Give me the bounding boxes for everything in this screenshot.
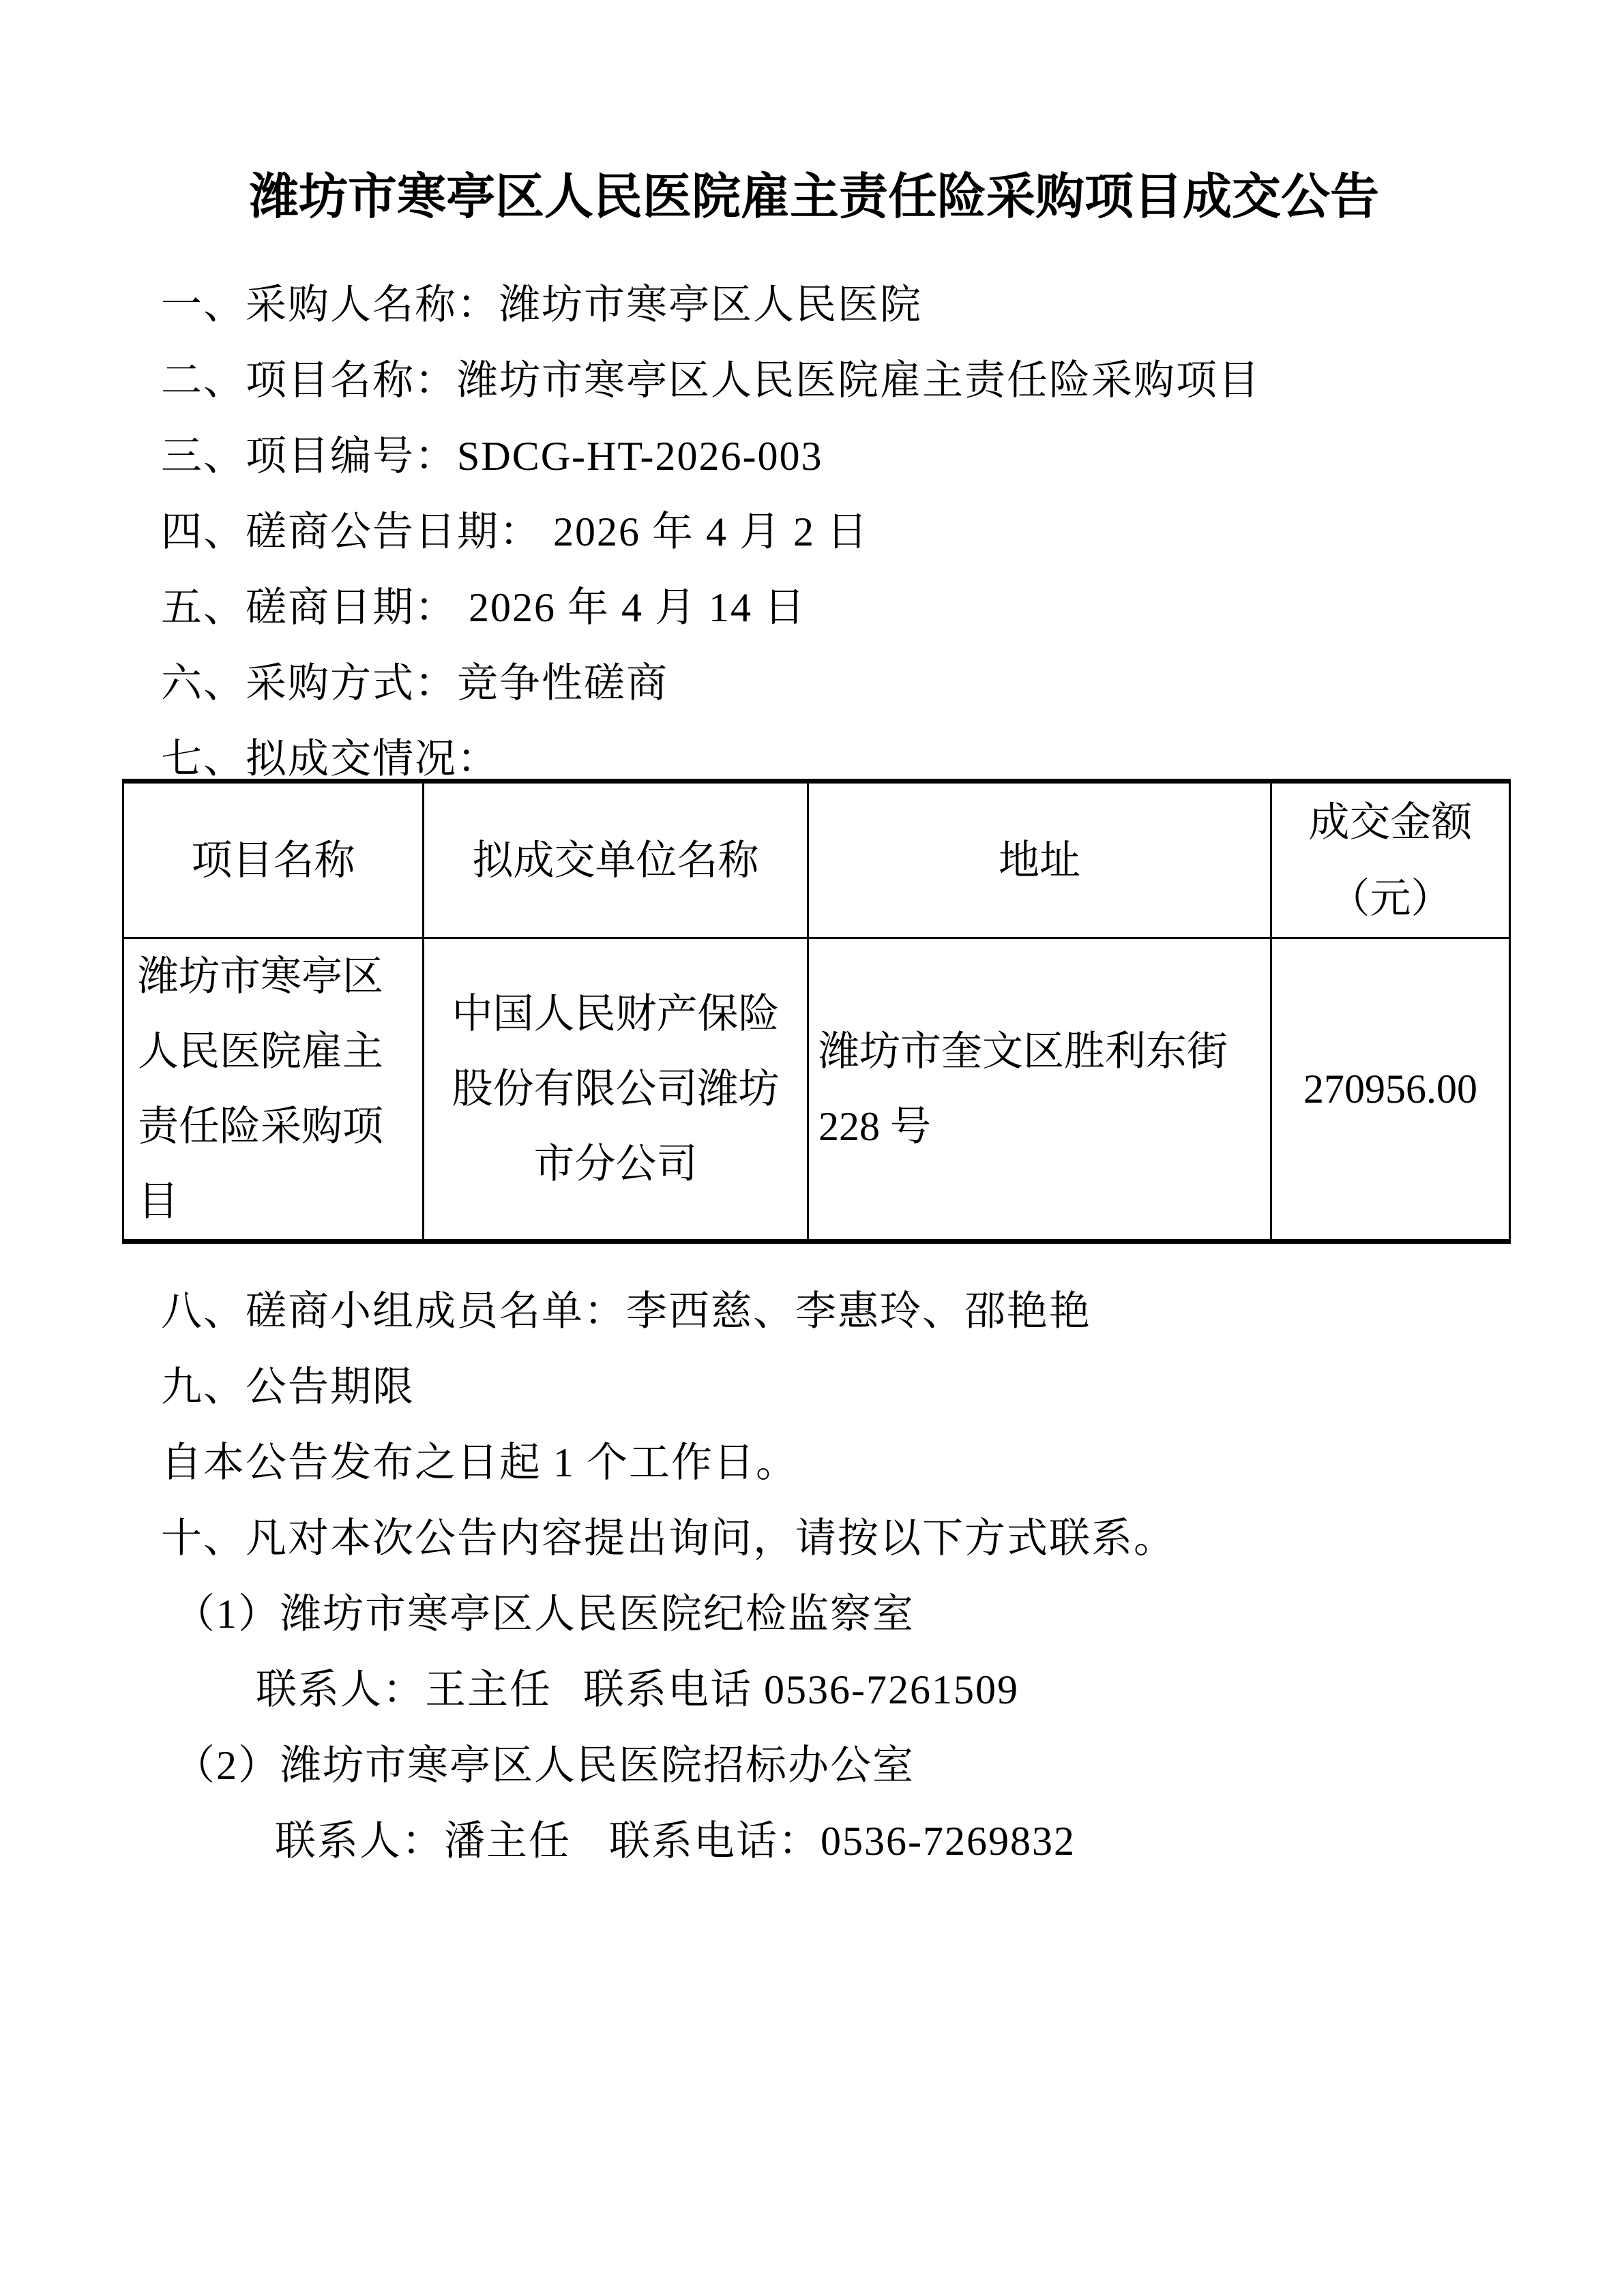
contact1-phone: 联系电话 0536-7261509	[583, 1667, 1019, 1712]
table-header-row: 项目名称 拟成交单位名称 地址 成交金额 （元）	[123, 781, 1510, 938]
col-header-amount: 成交金额 （元）	[1271, 781, 1510, 938]
contact2-heading: （2）潍坊市寒亭区人民医院招标办公室	[122, 1728, 1527, 1804]
contact1-person: 联系人：王主任	[256, 1667, 552, 1712]
contact-section: （1）潍坊市寒亭区人民医院纪检监察室 联系人：王主任联系电话 0536-7261…	[122, 1577, 1527, 1879]
item-project-name: 二、项目名称：潍坊市寒亭区人民医院雇主责任险采购项目	[122, 343, 1527, 419]
item-inquiry-contact: 十、凡对本次公告内容提出询问，请按以下方式联系。	[122, 1501, 1527, 1577]
col-header-project-name: 项目名称	[123, 781, 424, 938]
item-notice-period: 九、公告期限	[122, 1350, 1527, 1425]
contact2-detail: 联系人：潘主任联系电话：0536-7269832	[122, 1804, 1527, 1879]
contact1-heading: （1）潍坊市寒亭区人民医院纪检监察室	[122, 1577, 1527, 1652]
cell-supplier-name: 中国人民财产保险 股份有限公司潍坊 市分公司	[424, 938, 808, 1242]
notice-period-detail: 自本公告发布之日起 1 个工作日。	[122, 1425, 1527, 1501]
item-procurement-method: 六、采购方式：竞争性磋商	[122, 646, 1527, 721]
post-table-list: 八、磋商小组成员名单：李西慈、李惠玲、邵艳艳 九、公告期限 自本公告发布之日起 …	[122, 1274, 1527, 1577]
contact2-phone: 联系电话：0536-7269832	[609, 1819, 1076, 1864]
cell-project-name: 潍坊市寒亭区 人民医院雇主 责任险采购项 目	[123, 938, 424, 1242]
page-title: 潍坊市寒亭区人民医院雇主责任险采购项目成交公告	[119, 161, 1510, 233]
amount-header-line1: 成交金额	[1272, 784, 1509, 861]
document-page: 潍坊市寒亭区人民医院雇主责任险采购项目成交公告 一、采购人名称：潍坊市寒亭区人民…	[0, 0, 1624, 2296]
cell-address: 潍坊市奎文区胜利东街 228 号	[808, 938, 1271, 1242]
contact1-detail: 联系人：王主任联系电话 0536-7261509	[122, 1652, 1527, 1728]
item-project-number: 三、项目编号：SDCG-HT-2026-003	[122, 419, 1527, 494]
item-purchaser: 一、采购人名称：潍坊市寒亭区人民医院	[122, 267, 1527, 343]
amount-header-line2: （元）	[1272, 861, 1509, 937]
col-header-supplier-name: 拟成交单位名称	[424, 781, 808, 938]
item-notice-date: 四、磋商公告日期： 2026 年 4 月 2 日	[122, 494, 1527, 570]
announcement-info-list: 一、采购人名称：潍坊市寒亭区人民医院 二、项目名称：潍坊市寒亭区人民医院雇主责任…	[122, 267, 1527, 797]
item-panel-members: 八、磋商小组成员名单：李西慈、李惠玲、邵艳艳	[122, 1274, 1527, 1350]
deal-table: 项目名称 拟成交单位名称 地址 成交金额 （元） 潍坊市寒亭区 人民医院雇主 责…	[122, 779, 1511, 1244]
col-header-address: 地址	[808, 781, 1271, 938]
contact2-person: 联系人：潘主任	[275, 1819, 571, 1864]
cell-deal-amount: 270956.00	[1271, 938, 1510, 1242]
item-negotiation-date: 五、磋商日期： 2026 年 4 月 14 日	[122, 570, 1527, 646]
table-data-row: 潍坊市寒亭区 人民医院雇主 责任险采购项 目 中国人民财产保险 股份有限公司潍坊…	[123, 938, 1510, 1242]
